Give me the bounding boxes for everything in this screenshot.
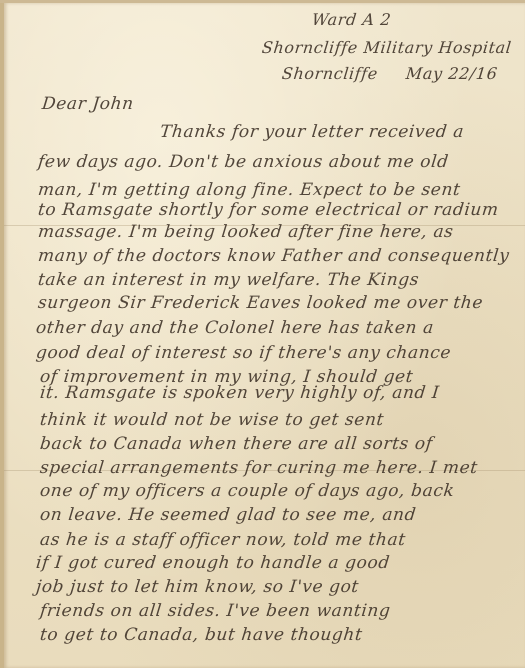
body-line: back to Canada when there are all sorts … bbox=[39, 434, 434, 454]
body-line: massage. I'm being looked after fine her… bbox=[37, 222, 455, 242]
salutation: Dear John bbox=[41, 94, 135, 114]
body-line: special arrangements for curing me here.… bbox=[39, 458, 479, 478]
body-line: surgeon Sir Frederick Eaves looked me ov… bbox=[37, 293, 484, 313]
body-line: take an interest in my welfare. The King… bbox=[37, 270, 420, 290]
body-line: it. Ramsgate is spoken very highly of, a… bbox=[39, 383, 440, 403]
body-line: on leave. He seemed glad to see me, and bbox=[39, 505, 417, 525]
body-line: many of the doctors know Father and cons… bbox=[37, 246, 510, 266]
body-line: other day and the Colonel here has taken… bbox=[35, 318, 435, 338]
body-line: if I got cured enough to handle a good bbox=[35, 553, 391, 573]
body-line: good deal of interest so if there's any … bbox=[35, 343, 452, 363]
body-line: friends on all sides. I've been wanting bbox=[39, 601, 392, 621]
body-line: job just to let him know, so I've got bbox=[35, 577, 360, 597]
body-line: one of my officers a couple of days ago,… bbox=[39, 481, 456, 501]
body-line: think it would not be wise to get sent bbox=[39, 410, 385, 430]
header-place: Shorncliffe bbox=[281, 64, 379, 83]
body-line: to get to Canada, but have thought bbox=[39, 625, 364, 645]
body-line: to Ramsgate shortly for some electrical … bbox=[37, 200, 500, 220]
body-line: Thanks for your letter received a bbox=[159, 122, 465, 142]
body-line: man, I'm getting along fine. Expect to b… bbox=[37, 180, 462, 200]
header-ward: Ward A 2 bbox=[311, 10, 392, 29]
header-date: May 22/16 bbox=[405, 64, 499, 83]
body-line: few days ago. Don't be anxious about me … bbox=[37, 152, 450, 172]
header-institution: Shorncliffe Military Hospital bbox=[261, 38, 513, 57]
body-line: as he is a staff officer now, told me th… bbox=[39, 530, 407, 550]
paper-edge-top bbox=[0, 0, 525, 3]
paper-edge-left bbox=[0, 0, 4, 668]
